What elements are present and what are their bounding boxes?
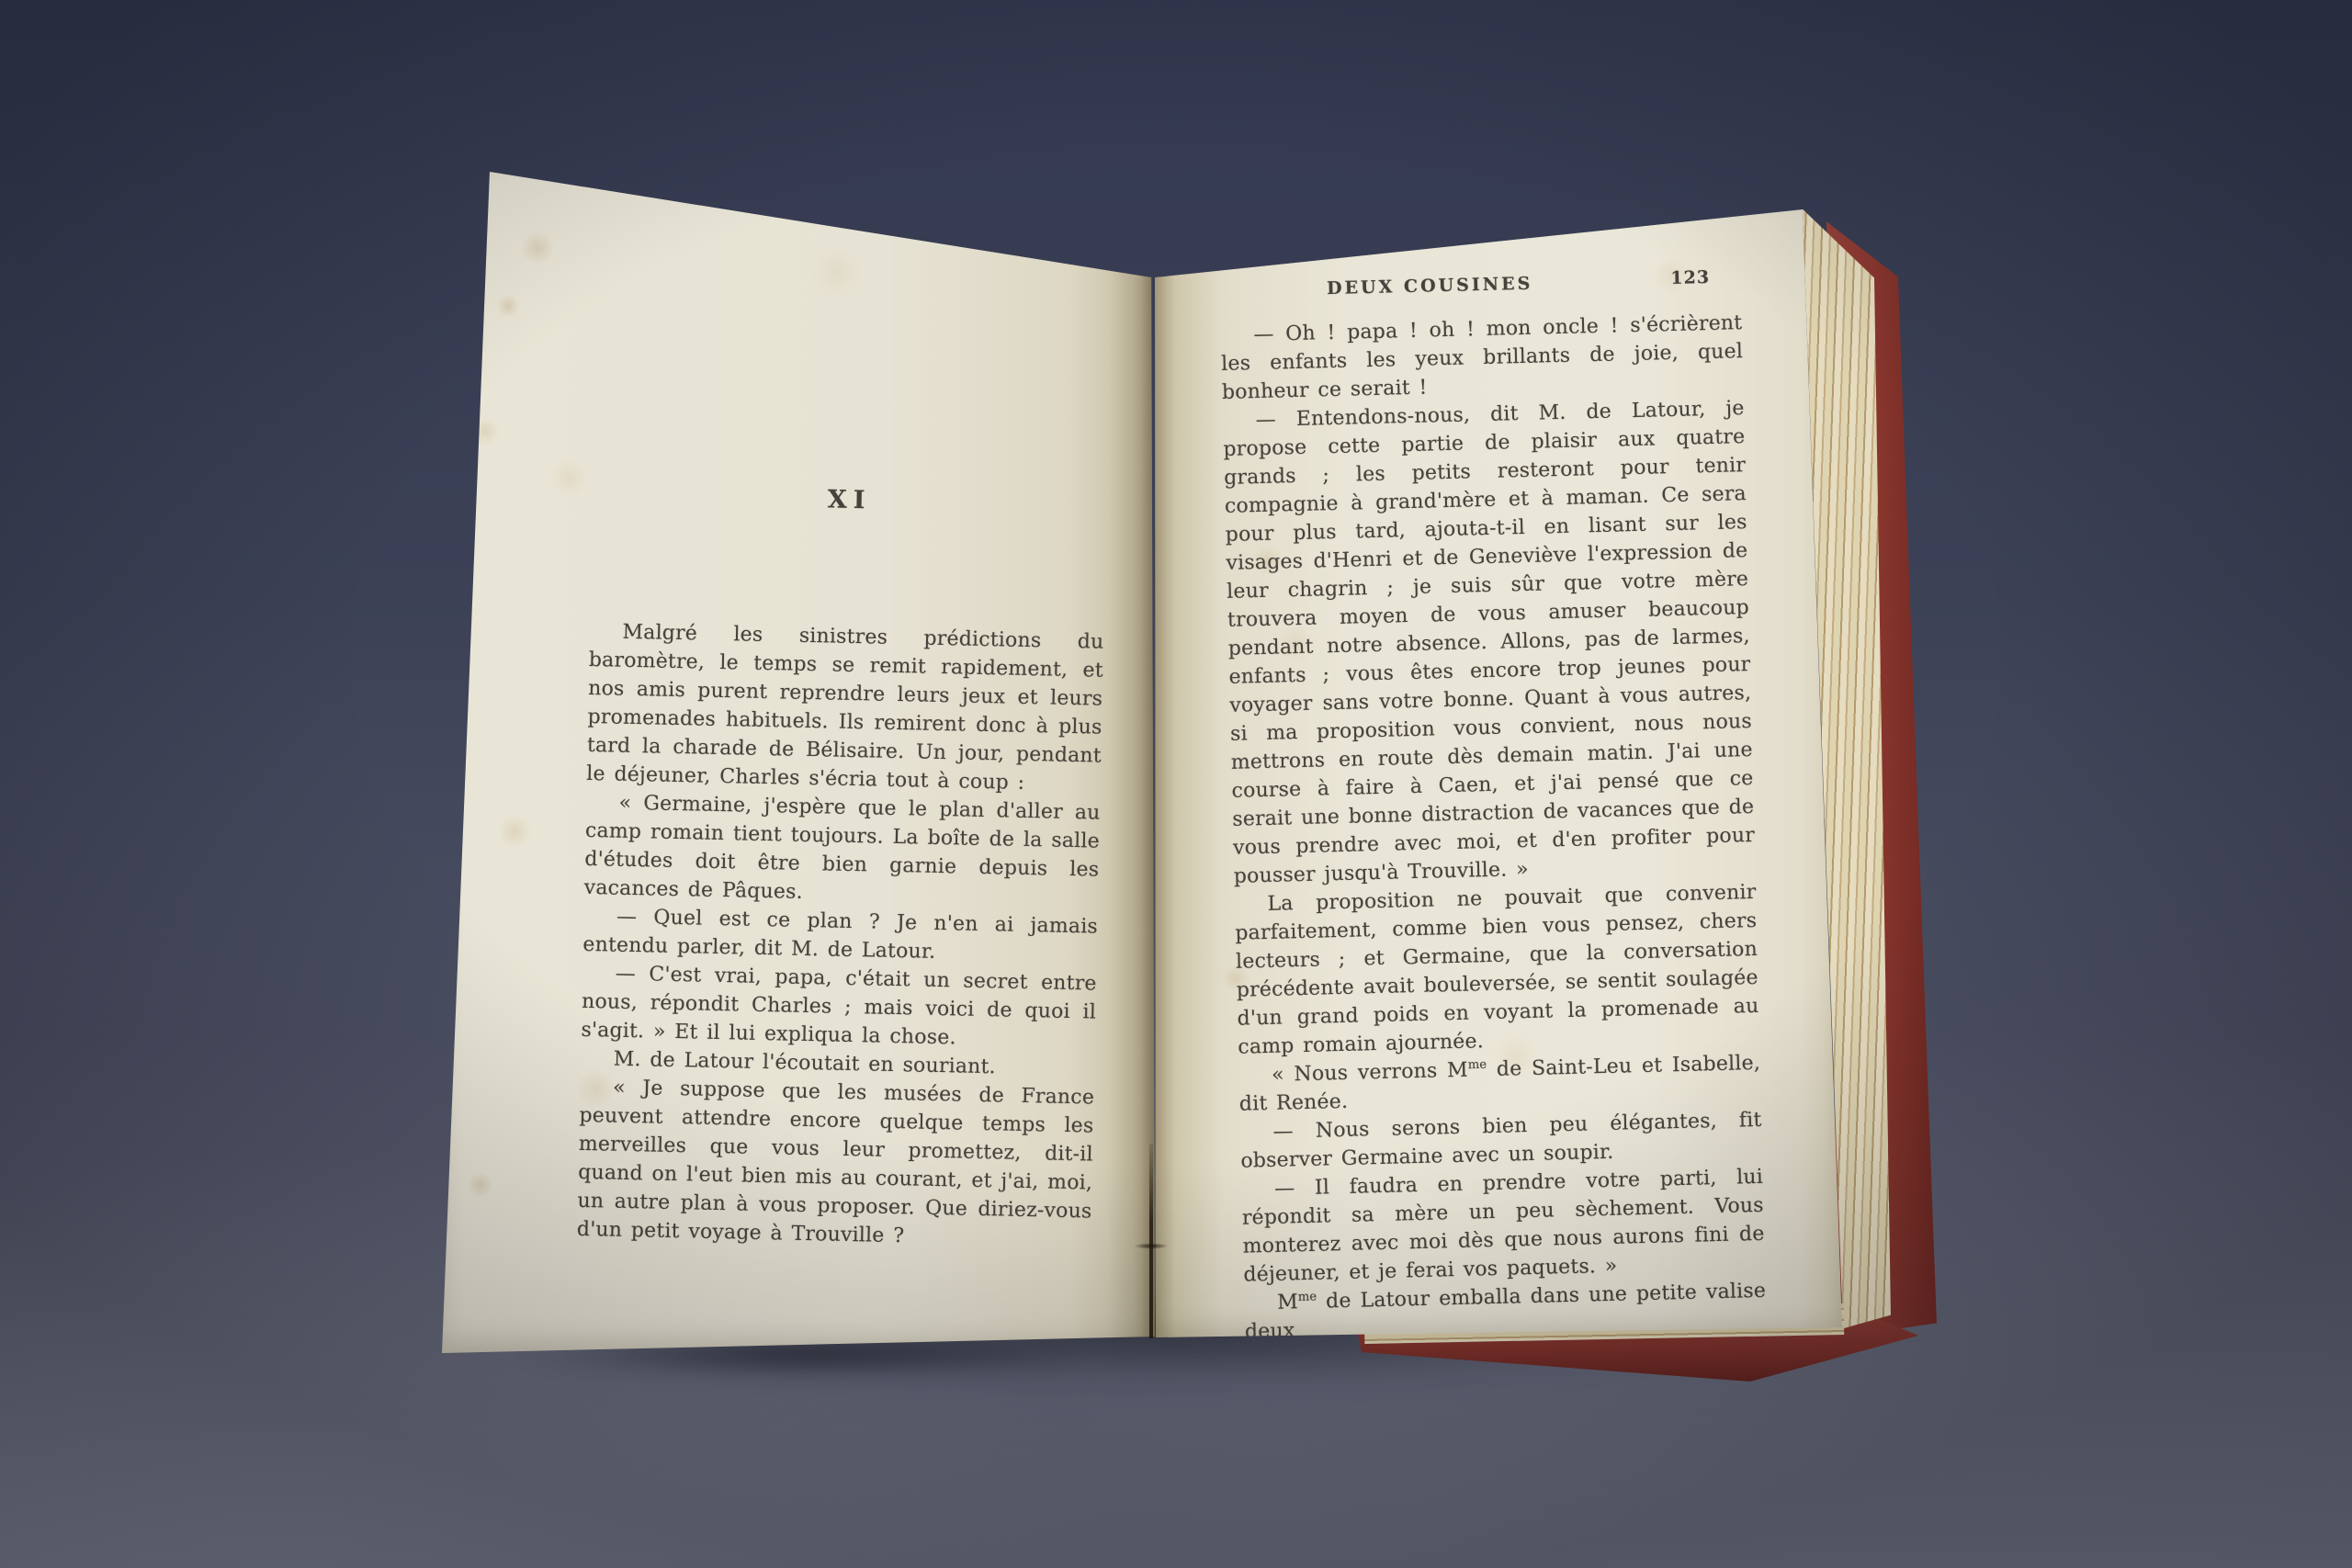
page-number: 123 bbox=[1670, 267, 1710, 288]
paragraph: « Germaine, j'espère que le plan d'aller… bbox=[583, 788, 1100, 913]
binding-stitch bbox=[1149, 1144, 1153, 1338]
photo-of-open-book: XI Malgré les sinistres prédictions du b… bbox=[0, 0, 2352, 1568]
binding-stitch-notch bbox=[1128, 1242, 1174, 1250]
left-page-print: XI Malgré les sinistres prédictions du b… bbox=[577, 480, 1107, 1255]
left-page: XI Malgré les sinistres prédictions du b… bbox=[442, 172, 1155, 1353]
paragraph: — Il faudra en prendre votre parti, lui … bbox=[1241, 1163, 1766, 1290]
paragraph: Malgré les sinistres prédictions du baro… bbox=[586, 617, 1104, 799]
paragraph: — Entendons-nous, dit M. de Latour, je p… bbox=[1222, 394, 1756, 891]
running-header: DEUX COUSINES 123 bbox=[1219, 268, 1741, 305]
right-page-print: DEUX COUSINES 123 — Oh ! papa ! oh ! mon… bbox=[1219, 268, 1767, 1347]
running-header-title: DEUX COUSINES bbox=[1219, 271, 1640, 301]
right-page-text: — Oh ! papa ! oh ! mon oncle ! s'écrière… bbox=[1220, 309, 1767, 1347]
paragraph: — Oh ! papa ! oh ! mon oncle ! s'écrière… bbox=[1220, 309, 1744, 407]
chapter-heading: XI bbox=[592, 480, 1107, 520]
paragraph: — C'est vrai, papa, c'était un secret en… bbox=[581, 959, 1097, 1055]
paragraph: — Quel est ce plan ? Je n'en ai jamais e… bbox=[582, 902, 1098, 970]
paragraph: La proposition ne pouvait que convenir p… bbox=[1234, 878, 1759, 1062]
right-page: DEUX COUSINES 123 — Oh ! papa ! oh ! mon… bbox=[1155, 209, 1842, 1337]
paragraph: « Je suppose que les musées de France pe… bbox=[577, 1073, 1095, 1255]
left-page-text: Malgré les sinistres prédictions du baro… bbox=[577, 617, 1104, 1255]
